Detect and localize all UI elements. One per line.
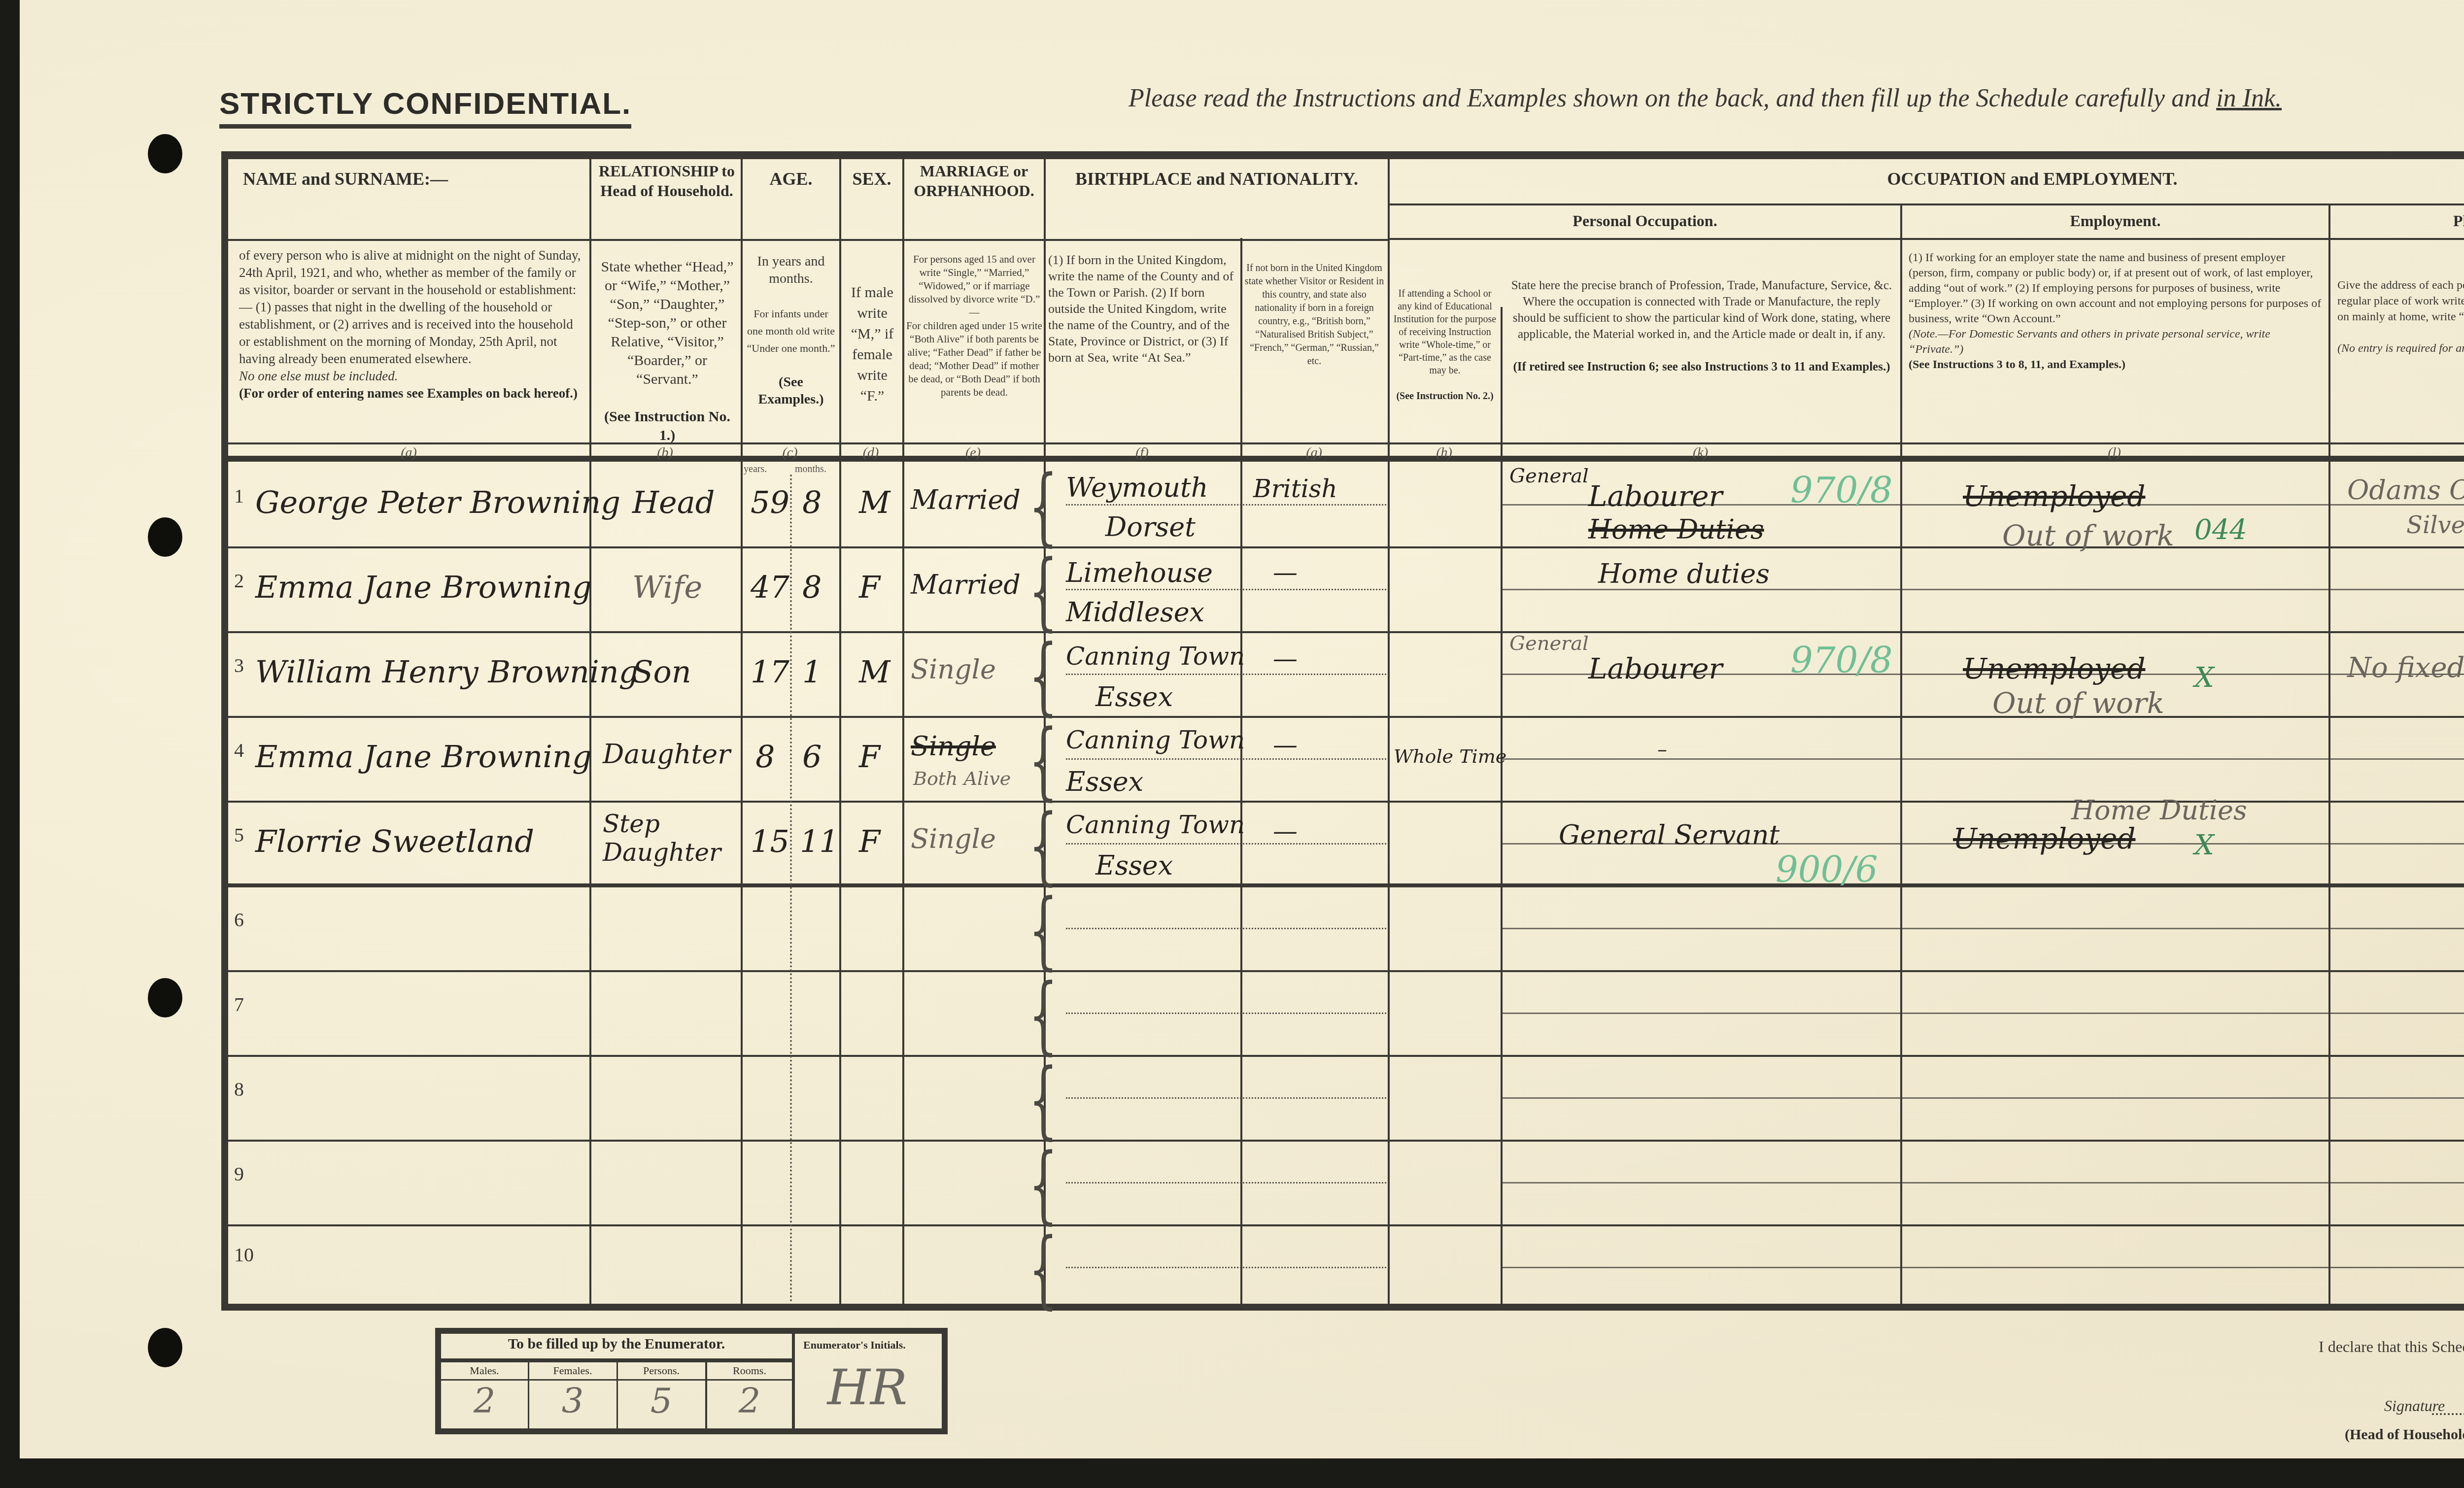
age-column-title: AGE. bbox=[743, 169, 839, 189]
occupation-column-title: OCCUPATION and EMPLOYMENT. bbox=[1390, 169, 2464, 189]
females-label: Females. bbox=[529, 1364, 616, 1377]
occupation-cell[interactable]: – bbox=[1657, 738, 1667, 761]
col-divider bbox=[2328, 203, 2330, 1307]
nationality-cell[interactable]: British bbox=[1253, 474, 1337, 503]
row-rule bbox=[228, 631, 2464, 633]
box-divider bbox=[792, 1334, 795, 1428]
occupation-code: 970/8 bbox=[1790, 640, 1893, 681]
row-rule bbox=[228, 970, 2464, 972]
relationship-column-instructions: State whether “Head,” or “Wife,” “Mother… bbox=[595, 258, 739, 445]
females-value[interactable]: 3 bbox=[529, 1381, 616, 1421]
personal-occupation-instructions: State here the precise branch of Profess… bbox=[1509, 277, 1894, 375]
employment-code: 044 bbox=[2194, 514, 2247, 546]
age-months-cell[interactable]: 1 bbox=[802, 654, 821, 690]
occupation-cell[interactable]: Home duties bbox=[1598, 558, 1770, 589]
occupation-prefix-cell[interactable]: General bbox=[1509, 465, 1589, 487]
marriage-cell[interactable]: Single bbox=[911, 823, 996, 854]
column-letter-l: (l) bbox=[1900, 445, 2328, 461]
age-years-cell[interactable]: 17 bbox=[751, 654, 789, 690]
sex-cell[interactable]: M bbox=[859, 484, 890, 520]
employment-cell[interactable]: Out of work bbox=[1992, 686, 2164, 720]
nationality-cell[interactable]: — bbox=[1273, 817, 1298, 845]
relationship-cell[interactable]: Son bbox=[632, 654, 691, 690]
birthplace-midline bbox=[1066, 1267, 1386, 1268]
column-letter-g: (g) bbox=[1240, 445, 1388, 461]
birth-county-cell[interactable]: Essex bbox=[1095, 850, 1173, 881]
column-letter-d: (d) bbox=[839, 445, 902, 461]
household-schedule-table: NAME and SURNAME:— RELATIONSHIP to Head … bbox=[221, 151, 2464, 1311]
nationality-cell[interactable]: — bbox=[1273, 644, 1298, 673]
birthplace-midline bbox=[1066, 1013, 1386, 1014]
punch-hole bbox=[148, 978, 182, 1017]
column-letter-f: (f) bbox=[1044, 445, 1240, 461]
col-divider bbox=[1900, 203, 1902, 1307]
age-months-label: months. bbox=[795, 464, 826, 475]
personal-occupation-title: Personal Occupation. bbox=[1390, 211, 1900, 231]
employment-code: X bbox=[2194, 662, 2214, 694]
name-cell[interactable]: Emma Jane Browning bbox=[255, 569, 592, 605]
declaration-text: I declare that this Schedule is correctl… bbox=[2319, 1338, 2464, 1356]
relationship-cell[interactable]: Daughter bbox=[603, 739, 730, 770]
signature-line bbox=[2432, 1413, 2464, 1415]
birthplace-midline bbox=[1066, 504, 1386, 506]
employment-instructions: (1) If working for an employer state the… bbox=[1909, 250, 2323, 372]
relationship-column-title: RELATIONSHIP to Head of Household. bbox=[593, 161, 741, 201]
birthplace-uk-instructions: (1) If born in the United Kingdom, write… bbox=[1048, 252, 1238, 366]
in-ink-emphasis: in Ink. bbox=[2216, 84, 2282, 112]
birthplace-column-title: BIRTHPLACE and NATIONALITY. bbox=[1046, 169, 1388, 189]
age-months-cell[interactable]: 8 bbox=[802, 484, 821, 520]
place-of-work-title: Place of Work. bbox=[2330, 211, 2464, 231]
header-rule bbox=[1388, 203, 2464, 205]
age-divider bbox=[790, 474, 792, 1302]
brace-icon: { bbox=[1028, 973, 1058, 1057]
place-of-work-cell[interactable]: Odams Chemical Works bbox=[2347, 474, 2464, 506]
males-value[interactable]: 2 bbox=[441, 1381, 528, 1421]
row-number: 1 bbox=[234, 484, 244, 507]
occupation-cell[interactable]: Labourer bbox=[1588, 479, 1722, 513]
column-letter-a: (a) bbox=[228, 445, 589, 461]
col-divider bbox=[1388, 159, 1390, 1307]
column-letter-b: (b) bbox=[589, 445, 741, 461]
col-divider bbox=[741, 159, 743, 1307]
occupation-code: 900/6 bbox=[1776, 849, 1878, 890]
age-years-cell[interactable]: 8 bbox=[755, 739, 775, 775]
birth-county-cell[interactable]: Essex bbox=[1095, 681, 1173, 712]
enumerator-summary-box: To be filled up by the Enumerator. Enume… bbox=[435, 1328, 948, 1434]
males-label: Males. bbox=[441, 1364, 528, 1377]
name-cell[interactable]: George Peter Browning bbox=[255, 484, 620, 520]
sex-cell[interactable]: F bbox=[859, 823, 880, 859]
birthplace-midline bbox=[1066, 843, 1386, 845]
brace-icon: { bbox=[1028, 804, 1058, 887]
marriage-cell[interactable]: Married bbox=[911, 569, 1021, 600]
relationship-cell[interactable]: Head bbox=[632, 484, 715, 520]
brace-icon: { bbox=[1028, 1227, 1058, 1311]
column-letter-e: (e) bbox=[902, 445, 1044, 461]
brace-icon: { bbox=[1028, 719, 1058, 803]
sex-column-title: SEX. bbox=[841, 169, 902, 189]
brace-icon: { bbox=[1028, 1143, 1058, 1226]
age-years-cell[interactable]: 15 bbox=[751, 823, 789, 859]
age-years-cell[interactable]: 47 bbox=[751, 569, 789, 605]
row-number: 5 bbox=[234, 823, 244, 846]
marriage-cell[interactable]: Single bbox=[911, 654, 996, 685]
name-cell[interactable]: Emma Jane Browning bbox=[255, 739, 592, 775]
row-number: 7 bbox=[234, 993, 244, 1016]
row-number: 3 bbox=[234, 654, 244, 677]
name-column-instructions: of every person who is alive at midnight… bbox=[239, 247, 582, 402]
employment-title: Employment. bbox=[1902, 211, 2328, 231]
row-number: 2 bbox=[234, 569, 244, 592]
confidential-title: STRICTLY CONFIDENTIAL. bbox=[219, 86, 631, 129]
persons-value[interactable]: 5 bbox=[617, 1381, 705, 1421]
employment-struck-cell: Unemployed bbox=[1963, 479, 2145, 513]
age-years-label: years. bbox=[744, 464, 767, 475]
occupation-struck-cell: Home Duties bbox=[1588, 514, 1764, 545]
row-number: 8 bbox=[234, 1078, 244, 1101]
column-letter-c: (c) bbox=[741, 445, 839, 461]
column-letter-rule bbox=[228, 442, 2464, 444]
sex-cell[interactable]: F bbox=[859, 739, 880, 775]
row-number: 9 bbox=[234, 1162, 244, 1185]
employment-code: X bbox=[2194, 829, 2214, 861]
school-instructions: If attending a School or any kind of Edu… bbox=[1390, 287, 1500, 403]
col-divider bbox=[839, 159, 841, 1307]
relationship-cell[interactable]: Wife bbox=[632, 569, 702, 605]
employment-cell[interactable]: Out of work bbox=[2002, 519, 2174, 552]
marriage-cell[interactable]: Married bbox=[911, 484, 1021, 515]
employment-struck-cell: Unemployed bbox=[1953, 822, 2135, 855]
school-cell[interactable]: Whole Time bbox=[1394, 745, 1506, 767]
age-years-cell[interactable]: 59 bbox=[751, 484, 789, 520]
employment-cell[interactable]: Home Duties bbox=[2071, 795, 2247, 826]
birth-town-cell[interactable]: Limehouse bbox=[1066, 557, 1213, 588]
marriage-struck-cell: Single bbox=[911, 731, 996, 762]
sex-cell[interactable]: F bbox=[859, 569, 880, 605]
half-row-rule bbox=[1501, 1267, 2464, 1268]
row-number: 10 bbox=[234, 1243, 254, 1266]
birthplace-midline bbox=[1066, 928, 1386, 929]
occupation-cell[interactable]: Labourer bbox=[1588, 652, 1722, 685]
column-letter-h: (h) bbox=[1388, 445, 1501, 461]
row-number: 6 bbox=[234, 908, 244, 931]
birthplace-midline bbox=[1066, 758, 1386, 760]
age-months-cell[interactable]: 8 bbox=[802, 569, 821, 605]
enumerator-initials-value[interactable]: HR bbox=[801, 1358, 934, 1416]
half-row-rule bbox=[1501, 928, 2464, 929]
sex-column-instructions: If male write “M,” if female write “F.” bbox=[844, 282, 900, 406]
birth-town-cell[interactable]: Canning Town bbox=[1066, 811, 1245, 839]
col-divider bbox=[589, 159, 591, 1307]
place-of-work-line2[interactable]: Silvertown bbox=[2406, 511, 2464, 539]
name-cell[interactable]: Florrie Sweetland bbox=[255, 823, 534, 859]
nationality-instructions: If not born in the United Kingdom state … bbox=[1242, 262, 1386, 368]
punch-hole bbox=[148, 1328, 182, 1367]
enumerator-initials-label: Enumerator's Initials. bbox=[803, 1339, 906, 1352]
age-column-instructions: In years and months. For infants under o… bbox=[745, 253, 837, 408]
birthplace-midline bbox=[1066, 674, 1386, 675]
signature-note: (Head of Household, Manager of Establish… bbox=[2345, 1426, 2464, 1443]
birthplace-midline bbox=[1066, 1182, 1386, 1184]
row-rule bbox=[228, 1055, 2464, 1057]
marriage-column-instructions: For persons aged 15 and over write “Sing… bbox=[906, 253, 1042, 399]
punch-hole bbox=[148, 517, 182, 557]
enumerator-box-title: To be filled up by the Enumerator. bbox=[441, 1336, 792, 1353]
row-rule bbox=[228, 1140, 2464, 1142]
half-row-rule bbox=[1501, 1182, 2464, 1184]
nationality-cell[interactable]: — bbox=[1273, 558, 1298, 587]
row-number: 4 bbox=[234, 739, 244, 762]
half-row-rule bbox=[1501, 1097, 2464, 1099]
brace-icon: { bbox=[1028, 634, 1058, 718]
place-of-work-instructions: Give the address of each person's place … bbox=[2337, 277, 2464, 356]
brace-icon: { bbox=[1028, 888, 1058, 972]
birthplace-midline bbox=[1066, 589, 1386, 590]
brace-icon: { bbox=[1028, 549, 1058, 633]
header-rule bbox=[1388, 238, 2464, 240]
half-row-rule bbox=[1501, 1013, 2464, 1014]
birth-county-cell[interactable]: Dorset bbox=[1105, 511, 1196, 542]
rooms-label: Rooms. bbox=[707, 1364, 792, 1377]
column-letter-m: (m) bbox=[2328, 445, 2464, 461]
occupation-prefix-cell[interactable]: General bbox=[1509, 632, 1589, 655]
header-rule bbox=[228, 239, 1388, 241]
age-months-cell[interactable]: 11 bbox=[800, 823, 839, 859]
marriage-column-title: MARRIAGE or ORPHANHOOD. bbox=[904, 161, 1044, 201]
persons-label: Persons. bbox=[617, 1364, 705, 1377]
birth-town-cell[interactable]: Canning Town bbox=[1066, 642, 1245, 671]
box-divider bbox=[441, 1358, 792, 1362]
birth-town-cell[interactable]: Canning Town bbox=[1066, 726, 1245, 754]
birth-town-cell[interactable]: Weymouth bbox=[1066, 472, 1208, 503]
punch-hole bbox=[148, 134, 182, 173]
name-cell[interactable]: William Henry Browning bbox=[255, 654, 638, 690]
place-of-work-cell[interactable]: No fixed place bbox=[2347, 652, 2464, 684]
column-letter-k: (k) bbox=[1501, 445, 1900, 461]
birth-county-cell[interactable]: Middlesex bbox=[1066, 597, 1204, 628]
rooms-value[interactable]: 2 bbox=[707, 1381, 792, 1421]
occupation-cell[interactable]: General Servant bbox=[1559, 819, 1780, 850]
signature-label: Signature bbox=[2384, 1397, 2445, 1415]
employment-struck-cell: Unemployed bbox=[1963, 652, 2145, 685]
fill-instructions: Please read the Instructions and Example… bbox=[1129, 84, 2282, 113]
occupation-code: 970/8 bbox=[1790, 470, 1893, 511]
birth-county-cell[interactable]: Essex bbox=[1066, 766, 1143, 797]
relationship-cell[interactable]: Step Daughter bbox=[603, 810, 736, 867]
brace-icon: { bbox=[1028, 1058, 1058, 1142]
age-months-cell[interactable]: 6 bbox=[802, 739, 821, 775]
row-rule bbox=[228, 1224, 2464, 1226]
sex-cell[interactable]: M bbox=[859, 654, 890, 690]
birthplace-midline bbox=[1066, 1097, 1386, 1099]
col-divider bbox=[1240, 238, 1242, 1307]
name-column-title: NAME and SURNAME:— bbox=[243, 169, 578, 189]
row-rule bbox=[228, 883, 2464, 887]
marriage-cell[interactable]: Both Alive bbox=[913, 768, 1011, 789]
nationality-cell[interactable]: — bbox=[1273, 731, 1298, 759]
col-divider bbox=[902, 159, 904, 1307]
brace-icon: { bbox=[1028, 465, 1058, 548]
half-row-rule bbox=[1501, 758, 2464, 760]
